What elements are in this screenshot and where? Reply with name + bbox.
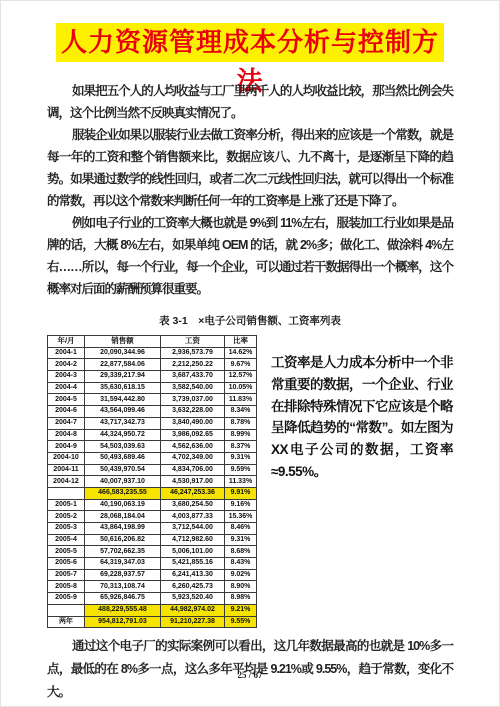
table-header-cell: 工资: [161, 336, 225, 348]
table-row: 2004-120,090,344.962,936,573.7914.62%: [48, 347, 257, 359]
table-row: 2004-1240,007,937.104,530,917.0011.33%: [48, 476, 257, 488]
cell-sales: 57,702,662.35: [85, 546, 161, 558]
cell-rate: 8.34%: [225, 406, 257, 418]
cell-rate: 8.43%: [225, 558, 257, 570]
cell-month: 2004-4: [48, 382, 85, 394]
cell-month: [48, 487, 85, 499]
cell-rate: 8.68%: [225, 546, 257, 558]
cell-month: 2005-2: [48, 511, 85, 523]
cell-wage: 4,712,982.60: [161, 534, 225, 546]
paragraph-garment-industry: 服装企业如果以服装行业去做工资率分析，得出来的应该是一个常数，就是每一年的工资和…: [47, 124, 453, 212]
table-caption: 表 3-1 ×电子公司销售额、工资率列表: [47, 313, 453, 328]
table-row: 2004-531,594,442.803,739,037.0011.83%: [48, 394, 257, 406]
cell-sales: 43,717,342.73: [85, 417, 161, 429]
cell-month: 2004-9: [48, 441, 85, 453]
cell-wage: 2,936,573.79: [161, 347, 225, 359]
cell-wage: 3,840,490.00: [161, 417, 225, 429]
cell-rate: 8.46%: [225, 523, 257, 535]
cell-wage: 6,260,425.73: [161, 581, 225, 593]
table-row: 2004-1150,439,970.544,834,706.009.59%: [48, 464, 257, 476]
cell-wage: 44,982,974.02: [161, 604, 225, 616]
cell-rate: 11.83%: [225, 394, 257, 406]
table-row: 466,583,235.5546,247,253.369.91%: [48, 487, 257, 499]
cell-wage: 3,687,433.70: [161, 371, 225, 383]
cell-rate: 9.31%: [225, 452, 257, 464]
cell-sales: 29,339,217.94: [85, 371, 161, 383]
cell-sales: 43,564,099.46: [85, 406, 161, 418]
cell-wage: 6,241,413.30: [161, 569, 225, 581]
cell-wage: 3,582,540.00: [161, 382, 225, 394]
table-row: 2004-222,877,584.062,212,250.229.67%: [48, 359, 257, 371]
table-header-cell: 年/月: [48, 336, 85, 348]
cell-rate: 9.55%: [225, 616, 257, 628]
cell-month: 2004-5: [48, 394, 85, 406]
cell-rate: 9.91%: [225, 487, 257, 499]
table-row: 2004-954,503,039.634,562,636.008.37%: [48, 441, 257, 453]
table-row: 2005-140,190,063.193,680,254.509.16%: [48, 499, 257, 511]
cell-wage: 4,530,917.00: [161, 476, 225, 488]
cell-month: [48, 604, 85, 616]
cell-sales: 50,439,970.54: [85, 464, 161, 476]
cell-rate: 9.16%: [225, 499, 257, 511]
cell-wage: 3,986,092.65: [161, 429, 225, 441]
table-header-cell: 销售额: [85, 336, 161, 348]
cell-month: 2004-10: [48, 452, 85, 464]
cell-rate: 8.37%: [225, 441, 257, 453]
cell-sales: 22,877,584.06: [85, 359, 161, 371]
cell-month: 2004-7: [48, 417, 85, 429]
table-row: 2004-329,339,217.943,687,433.7012.57%: [48, 371, 257, 383]
page-title: 人力资源管理成本分析与控制方法: [56, 23, 444, 62]
table-row: 2005-965,926,846.755,923,520.408.98%: [48, 593, 257, 605]
table-header-row: 年/月销售额工资比率: [48, 336, 257, 348]
table-row: 2005-557,702,662.355,006,101.008.68%: [48, 546, 257, 558]
cell-month: 2004-6: [48, 406, 85, 418]
cell-month: 2005-8: [48, 581, 85, 593]
cell-sales: 70,313,108.74: [85, 581, 161, 593]
cell-wage: 91,210,227.38: [161, 616, 225, 628]
cell-sales: 20,090,344.96: [85, 347, 161, 359]
cell-rate: 15.36%: [225, 511, 257, 523]
cell-wage: 3,739,037.00: [161, 394, 225, 406]
cell-month: 2005-4: [48, 534, 85, 546]
table-row: 2004-743,717,342.733,840,490.008.78%: [48, 417, 257, 429]
table-row: 2005-343,864,198.993,712,544.008.46%: [48, 523, 257, 535]
cell-month: 2004-1: [48, 347, 85, 359]
cell-sales: 65,926,846.75: [85, 593, 161, 605]
cell-month: 2005-3: [48, 523, 85, 535]
table-row: 2004-643,564,099.463,632,228.008.34%: [48, 406, 257, 418]
cell-sales: 40,190,063.19: [85, 499, 161, 511]
cell-wage: 4,562,636.00: [161, 441, 225, 453]
cell-month: 2004-3: [48, 371, 85, 383]
cell-month: 2005-7: [48, 569, 85, 581]
table-header-cell: 比率: [225, 336, 257, 348]
table-body: 2004-120,090,344.962,936,573.7914.62%200…: [48, 347, 257, 628]
table-row: 488,229,555.4844,982,974.029.21%: [48, 604, 257, 616]
cell-rate: 14.62%: [225, 347, 257, 359]
paragraph-industry-rates: 例如电子行业的工资率大概也就是 9%到 11%左右，服装加工行业如果是品牌的话，…: [47, 212, 453, 300]
table-row: 2005-450,616,206.824,712,982.609.31%: [48, 534, 257, 546]
cell-wage: 3,680,254.50: [161, 499, 225, 511]
cell-month: 2005-6: [48, 558, 85, 570]
table-row: 2005-870,313,108.746,260,425.738.90%: [48, 581, 257, 593]
cell-wage: 4,003,877.33: [161, 511, 225, 523]
cell-sales: 50,616,206.82: [85, 534, 161, 546]
cell-sales: 64,319,347.03: [85, 558, 161, 570]
cell-sales: 31,594,442.80: [85, 394, 161, 406]
cell-wage: 5,923,520.40: [161, 593, 225, 605]
wage-rate-note: 工资率是人力成本分析中一个非常重要的数据，一个企业、行业在排除特殊情况下它应该是…: [271, 352, 453, 483]
table-row: 2004-1050,493,689.464,702,349.009.31%: [48, 452, 257, 464]
cell-month: 2004-12: [48, 476, 85, 488]
cell-month: 2005-5: [48, 546, 85, 558]
cell-month: 2005-9: [48, 593, 85, 605]
sales-wage-rate-table: 年/月销售额工资比率 2004-120,090,344.962,936,573.…: [47, 335, 257, 628]
cell-sales: 54,503,039.63: [85, 441, 161, 453]
cell-sales: 69,228,937.57: [85, 569, 161, 581]
cell-rate: 9.31%: [225, 534, 257, 546]
cell-month: 2004-8: [48, 429, 85, 441]
cell-sales: 44,324,950.72: [85, 429, 161, 441]
cell-rate: 9.59%: [225, 464, 257, 476]
cell-rate: 9.21%: [225, 604, 257, 616]
cell-rate: 9.67%: [225, 359, 257, 371]
cell-sales: 466,583,235.55: [85, 487, 161, 499]
paragraph-intro: 如果把五个人的人均收益与工厂里两千人的人均收益比较，那当然比例会失调，这个比例当…: [47, 80, 453, 124]
cell-month: 两年: [48, 616, 85, 628]
cell-wage: 2,212,250.22: [161, 359, 225, 371]
cell-sales: 488,229,555.48: [85, 604, 161, 616]
cell-rate: 8.78%: [225, 417, 257, 429]
cell-wage: 46,247,253.36: [161, 487, 225, 499]
cell-rate: 8.98%: [225, 593, 257, 605]
cell-sales: 35,630,618.15: [85, 382, 161, 394]
cell-wage: 4,834,706.00: [161, 464, 225, 476]
table-row: 2004-435,630,618.153,582,540.0010.05%: [48, 382, 257, 394]
cell-sales: 50,493,689.46: [85, 452, 161, 464]
page-number: 25 / 67: [1, 670, 499, 680]
cell-sales: 40,007,937.10: [85, 476, 161, 488]
cell-rate: 9.02%: [225, 569, 257, 581]
cell-sales: 28,068,184.04: [85, 511, 161, 523]
cell-wage: 5,006,101.00: [161, 546, 225, 558]
cell-sales: 954,812,791.03: [85, 616, 161, 628]
cell-wage: 3,632,228.00: [161, 406, 225, 418]
cell-rate: 8.90%: [225, 581, 257, 593]
document-page: 人力资源管理成本分析与控制方法 如果把五个人的人均收益与工厂里两千人的人均收益比…: [0, 0, 500, 707]
table-and-note-zone: 年/月销售额工资比率 2004-120,090,344.962,936,573.…: [47, 335, 453, 628]
cell-rate: 12.57%: [225, 371, 257, 383]
cell-wage: 3,712,544.00: [161, 523, 225, 535]
cell-wage: 4,702,349.00: [161, 452, 225, 464]
table-row: 2005-664,319,347.035,421,855.168.43%: [48, 558, 257, 570]
cell-rate: 8.99%: [225, 429, 257, 441]
cell-rate: 10.05%: [225, 382, 257, 394]
table-row: 2005-769,228,937.576,241,413.309.02%: [48, 569, 257, 581]
cell-month: 2004-2: [48, 359, 85, 371]
cell-rate: 11.33%: [225, 476, 257, 488]
cell-month: 2004-11: [48, 464, 85, 476]
cell-sales: 43,864,198.99: [85, 523, 161, 535]
table-row: 2004-844,324,950.723,986,092.658.99%: [48, 429, 257, 441]
cell-month: 2005-1: [48, 499, 85, 511]
table-row: 2005-228,068,184.044,003,877.3315.36%: [48, 511, 257, 523]
table-row: 两年954,812,791.0391,210,227.389.55%: [48, 616, 257, 628]
cell-wage: 5,421,855.16: [161, 558, 225, 570]
